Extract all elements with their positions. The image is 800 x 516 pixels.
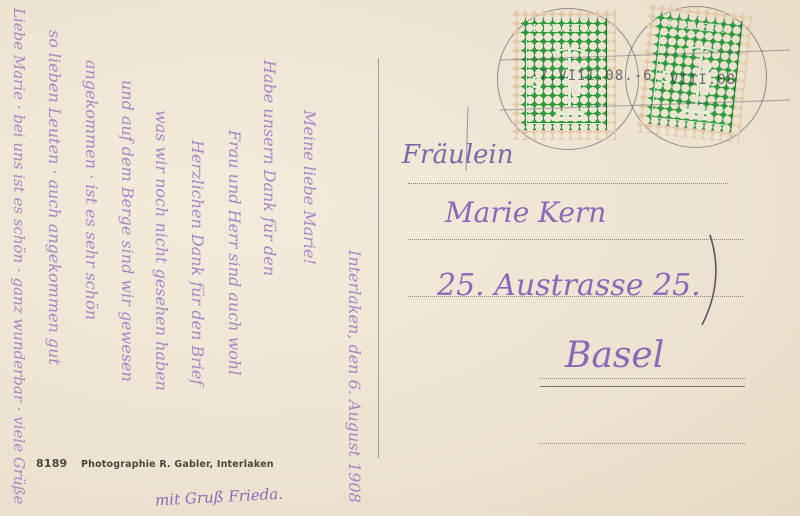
message-line: Habe unsern Dank für den [260,60,279,480]
message-line: was wir noch nicht gesehen haben [152,110,171,490]
message-greeting: Meine liebe Marie! [300,110,319,410]
pencil-mark [460,105,480,175]
stamp-country: HELVETIA [522,22,606,35]
message-closing: mit Gruß Frieda. [155,485,284,510]
address-city: Basel [565,335,664,376]
address-line [408,183,728,184]
publisher-imprint: 8189 Photographie R. Gabler, Interlaken [36,457,274,470]
postcard: Liebe Marie · bei uns ist es schön · gan… [0,0,800,516]
address-underline [540,386,745,387]
publisher-number: 8189 [36,457,67,470]
postmark-wavy-lines [500,40,790,130]
message-place-date: Interlaken, den 6. August 1908 [345,250,364,510]
message-line: und auf dem Berge sind wir gewesen [118,80,137,500]
address-line [540,443,745,444]
message-line: Liebe Marie · bei uns ist es schön · gan… [10,8,28,508]
address-street: 25. Austrasse 25. [437,268,701,303]
address-name: Marie Kern [445,196,606,229]
message-line: Herzlichen Dank für den Brief [188,140,207,490]
card-divider [378,58,379,458]
message-line: Frau und Herr sind auch wohl [225,130,244,490]
address-line [540,378,745,379]
address-salutation: Fräulein [402,140,513,170]
message-line: angekommen · ist es sehr schön [82,60,101,500]
publisher-name: Photographie R. Gabler, Interlaken [81,459,274,470]
message-line: so lieben Leuten · auch angekommen gut [45,30,64,500]
pencil-mark [680,230,720,330]
